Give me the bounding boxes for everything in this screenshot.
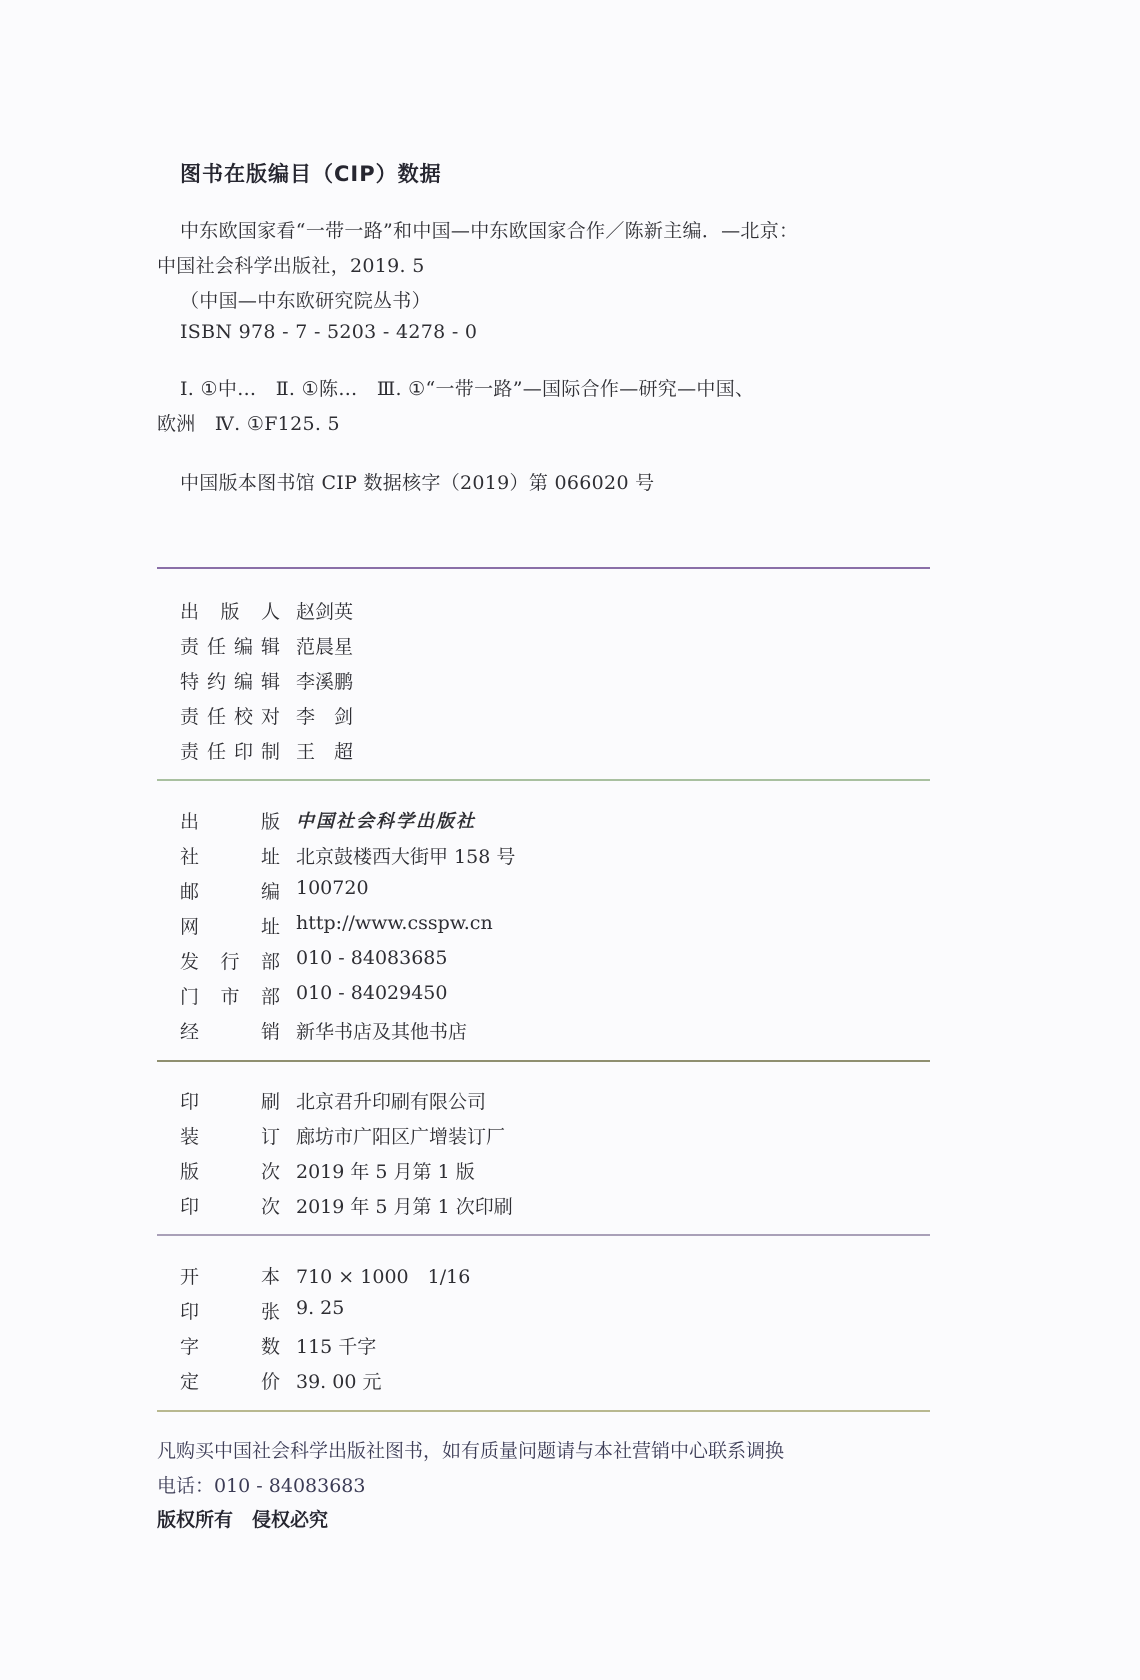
cip-number: 中国版本图书馆 CIP 数据核字（2019）第 066020 号 xyxy=(180,468,654,495)
printing-row: 装订廊坊市广阳区广增装订厂 xyxy=(180,1122,280,1152)
publisher-logo-text: 中国社会科学出版社 xyxy=(296,807,476,833)
divider xyxy=(157,1410,930,1412)
printing-row: 印次2019 年 5 月第 1 次印刷 xyxy=(180,1192,280,1222)
staff-row: 出版人赵剑英 xyxy=(180,597,280,627)
spec-row: 开本710 × 1000 1/16 xyxy=(180,1262,280,1292)
publisher-row: 网址http://www.csspw.cn xyxy=(180,912,280,942)
staff-row: 责任校对李 剑 xyxy=(180,702,280,732)
publisher-row: 经销新华书店及其他书店 xyxy=(180,1017,280,1047)
spec-row: 字数115 千字 xyxy=(180,1332,280,1362)
cip-line-2: 中国社会科学出版社，2019. 5 xyxy=(157,251,425,278)
publisher-row: 社址北京鼓楼西大街甲 158 号 xyxy=(180,842,280,872)
spec-row: 定价39. 00 元 xyxy=(180,1367,280,1397)
cip-series: （中国—中东欧研究院丛书） xyxy=(180,286,431,313)
divider xyxy=(157,567,930,569)
cip-classification-1: Ⅰ. ①中… Ⅱ. ①陈… Ⅲ. ①“一带一路”—国际合作—研究—中国、 xyxy=(180,374,754,401)
divider xyxy=(157,1060,930,1062)
website-link: http://www.csspw.cn xyxy=(296,912,493,934)
divider xyxy=(157,779,930,781)
printing-row: 印刷北京君升印刷有限公司 xyxy=(180,1087,280,1117)
staff-row: 责任编辑范晨星 xyxy=(180,632,280,662)
printing-row: 版次2019 年 5 月第 1 版 xyxy=(180,1157,280,1187)
publisher-row: 门市部010 - 84029450 xyxy=(180,982,280,1012)
quality-notice: 凡购买中国社会科学出版社图书，如有质量问题请与本社营销中心联系调换 xyxy=(157,1436,784,1463)
copyright-notice: 版权所有 侵权必究 xyxy=(157,1505,328,1532)
cip-title: 图书在版编目（CIP）数据 xyxy=(180,158,442,188)
publisher-row: 出版中国社会科学出版社 xyxy=(180,807,280,837)
cip-isbn: ISBN 978 - 7 - 5203 - 4278 - 0 xyxy=(180,321,477,343)
staff-row: 特约编辑李溪鹏 xyxy=(180,667,280,697)
divider xyxy=(157,1234,930,1236)
cip-classification-2: 欧洲 Ⅳ. ①F125. 5 xyxy=(157,409,340,436)
cip-line-1: 中东欧国家看“一带一路”和中国—中东欧国家合作／陈新主编．—北京： xyxy=(180,216,798,243)
staff-row: 责任印制王 超 xyxy=(180,737,280,767)
spec-row: 印张9. 25 xyxy=(180,1297,280,1327)
publisher-row: 发行部010 - 84083685 xyxy=(180,947,280,977)
service-phone: 电话：010 - 84083683 xyxy=(157,1471,365,1498)
publisher-row: 邮编100720 xyxy=(180,877,280,907)
